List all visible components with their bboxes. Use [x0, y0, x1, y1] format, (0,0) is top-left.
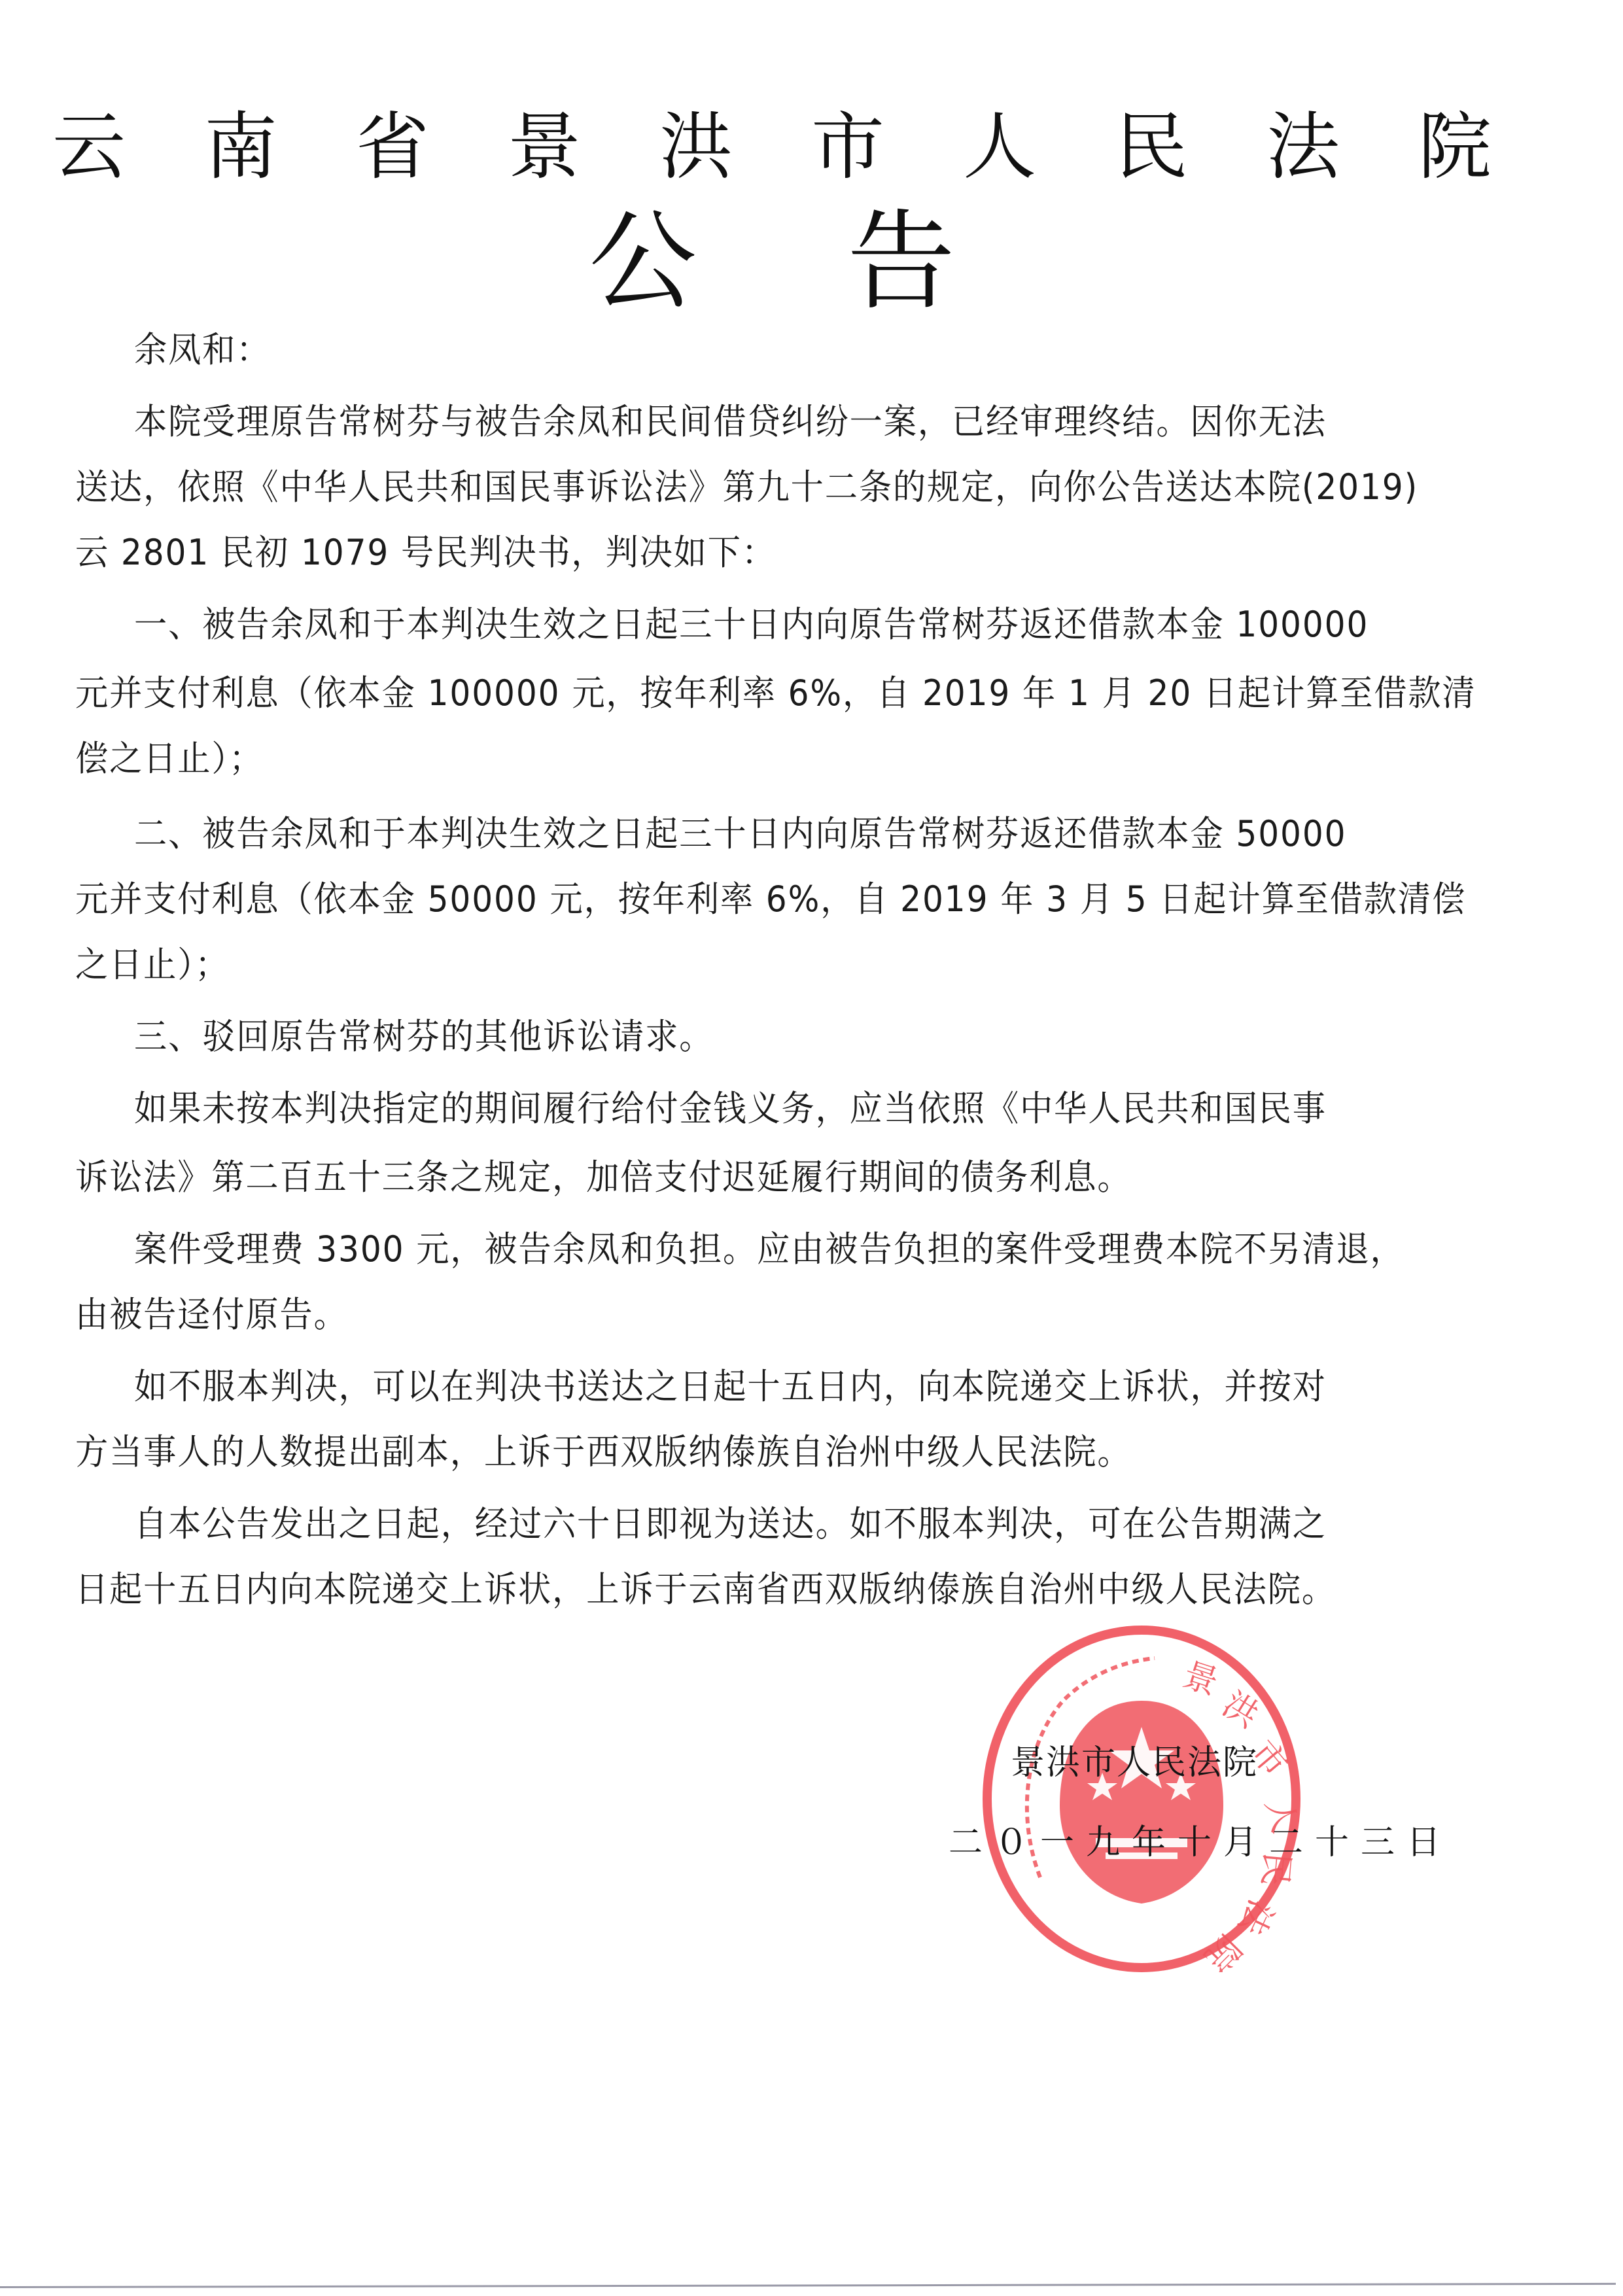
document-type-heading: 公 告 — [589, 196, 955, 327]
court-seal-icon: 景 洪 市 人 民 法 院 — [978, 1622, 1305, 1975]
body-line: 本院受理原告常树芬与被告余凤和民间借贷纠纷一案，已经审理终结。因你无法 — [134, 396, 1327, 448]
heading-char: 云 — [52, 98, 126, 196]
heading-char: 景 — [508, 98, 581, 196]
heading-char: 民 — [1115, 98, 1188, 196]
body-line: 诉讼法》第二百五十三条之规定，加倍支付迟延履行期间的债务利息。 — [75, 1151, 1131, 1204]
heading-char: 告 — [847, 196, 955, 327]
heading-char: 院 — [1418, 98, 1492, 196]
heading-char: 法 — [1266, 98, 1340, 196]
scan-edge-divider — [0, 2283, 1616, 2288]
body-line: 如果未按本判决指定的期间履行给付金钱义务，应当依照《中华人民共和国民事 — [134, 1083, 1327, 1135]
court-name-heading: 云 南 省 景 洪 市 人 民 法 院 — [52, 98, 1492, 196]
signature-date: 二０一九年十月二十三日 — [949, 1820, 1452, 1866]
body-line: 如不服本判决，可以在判决书送达之日起十五日内，向本院递交上诉状，并按对 — [134, 1361, 1327, 1413]
body-line: 案件受理费 3300 元，被告余凤和负担。应由被告负担的案件受理费本院不另清退， — [134, 1223, 1405, 1276]
body-line: 方当事人的人数提出副本，上诉于西双版纳傣族自治州中级人民法院。 — [75, 1426, 1131, 1478]
heading-char: 洪 — [659, 98, 733, 196]
notice-page: 云 南 省 景 洪 市 人 民 法 院 公 告 余凤和： 本院受理原告常树芬与被… — [0, 0, 1623, 2296]
body-line: 元并支付利息（依本金 50000 元，按年利率 6%，自 2019 年 3 月 … — [75, 873, 1466, 926]
body-line: 之日止）； — [75, 939, 229, 991]
svg-text:景: 景 — [1178, 1655, 1223, 1703]
body-line: 偿之日止）； — [75, 733, 263, 785]
body-line: 元并支付利息（依本金 100000 元，按年利率 6%，自 2019 年 1 月… — [75, 667, 1476, 720]
heading-char: 省 — [356, 98, 429, 196]
body-line: 由被告迳付原告。 — [75, 1289, 348, 1341]
body-line: 二、被告余凤和于本判决生效之日起三十日内向原告常树芬返还借款本金 50000 — [134, 808, 1346, 860]
heading-char: 公 — [589, 196, 697, 327]
body-line: 送达，依照《中华人民共和国民事诉讼法》第九十二条的规定，向你公告送达本院(201… — [75, 461, 1418, 513]
heading-char: 南 — [204, 98, 277, 196]
body-line: 自本公告发出之日起，经过六十日即视为送达。如不服本判决，可在公告期满之 — [134, 1498, 1327, 1550]
body-line: 一、被告余凤和于本判决生效之日起三十日内向原告常树芬返还借款本金 100000 — [134, 599, 1369, 651]
body-line: 日起十五日内向本院递交上诉状，上诉于云南省西双版纳傣族自治州中级人民法院。 — [75, 1563, 1336, 1616]
body-line: 云 2801 民初 1079 号民判决书，判决如下： — [75, 527, 776, 579]
heading-char: 人 — [963, 98, 1036, 196]
body-line: 三、驳回原告常树芬的其他诉讼请求。 — [134, 1011, 713, 1063]
signature-court: 景洪市人民法院 — [1011, 1740, 1258, 1786]
heading-char: 市 — [811, 98, 884, 196]
addressee: 余凤和： — [134, 324, 270, 376]
